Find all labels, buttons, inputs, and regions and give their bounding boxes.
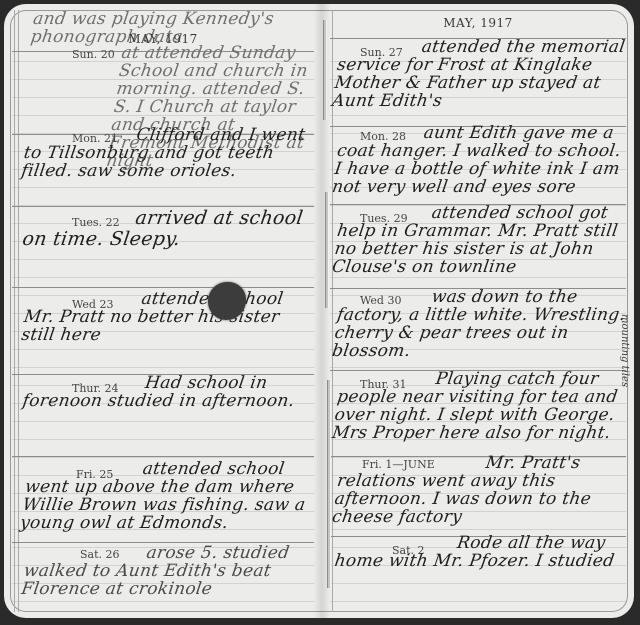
day-entry: Clifford and I went to Tillsonburg and g… — [20, 126, 316, 180]
day-entry: Had school in forenoon studied in aftern… — [21, 374, 314, 410]
month-header: MAY, 1917 — [322, 16, 634, 30]
day-entry: attended school got help in Grammar. Mr.… — [331, 204, 629, 276]
margin-rule — [14, 10, 15, 612]
day-entry: Playing catch four people near visiting … — [331, 370, 629, 442]
day-label: Sun. 20 — [72, 48, 115, 61]
day-entry: arrived at school on time. Sleepy. — [21, 208, 315, 250]
day-entry: attended school Mr. Pratt no better his … — [20, 290, 316, 344]
right-page: MAY, 1917 Sun. 27 attended the memorial … — [322, 4, 634, 618]
day-entry: attended school went up above the dam wh… — [19, 460, 317, 532]
margin-note: mounting tiles — [612, 314, 630, 424]
day-divider — [12, 456, 314, 457]
day-entry: aunt Edith gave me a coat hanger. I walk… — [331, 124, 629, 196]
diary-spread: and was playing Kennedy's phonograph dat… — [0, 0, 640, 625]
binding-stitch — [323, 20, 327, 120]
day-entry: arose 5. studied walked to Aunt Edith's … — [20, 544, 316, 598]
margin-rule — [18, 10, 19, 612]
day-entry: was down to the factory, a little white.… — [331, 288, 629, 360]
left-page: and was playing Kennedy's phonograph dat… — [4, 4, 322, 618]
day-entry: Rode all the way home with Mr. Pfozer. I… — [333, 534, 626, 570]
day-divider — [12, 287, 314, 288]
binding-stitch — [327, 380, 331, 588]
binding-stitch — [325, 192, 329, 308]
day-entry: Mr. Pratt's relations went away this aft… — [331, 454, 629, 526]
day-entry: attended the memorial service for Frost … — [331, 38, 629, 110]
